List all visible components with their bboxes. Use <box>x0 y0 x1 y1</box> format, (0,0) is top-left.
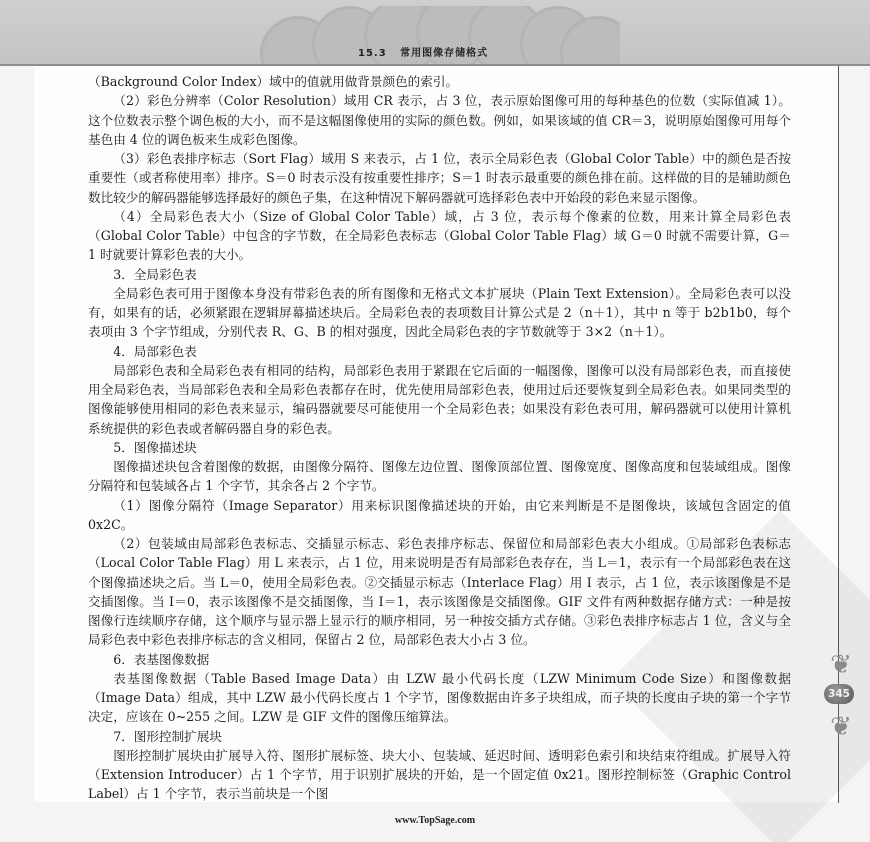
paragraph: （2）彩色分辨率（Color Resolution）域用 CR 表示，占 3 位… <box>88 91 791 149</box>
paragraph: （Background Color Index）域中的值就用做背景颜色的索引。 <box>88 72 791 91</box>
paragraph: （2）包装域由局部彩色表标志、交插显示标志、彩色表排序标志、保留位和局部彩色表大… <box>88 534 791 650</box>
dragon-ornament-icon: ❦ <box>818 650 864 680</box>
paragraph: 图像描述块包含着图像的数据，由图像分隔符、图像左边位置、图像顶部位置、图像宽度、… <box>88 457 791 496</box>
section-header: 15.3 常用图像存储格式 <box>358 44 488 59</box>
margin-rule-bottom <box>838 745 839 803</box>
subsection-heading: 5．图像描述块 <box>88 438 791 457</box>
section-title: 常用图像存储格式 <box>400 48 488 59</box>
margin-rule-top <box>838 66 839 651</box>
section-number: 15.3 <box>358 48 387 59</box>
paragraph: 局部彩色表和全局彩色表有相同的结构，局部彩色表用于紧跟在它后面的一幅图像，图像可… <box>88 361 791 438</box>
subsection-heading: 7．图形控制扩展块 <box>88 727 791 746</box>
dragon-ornament-icon: ❦ <box>818 712 864 742</box>
running-header: 15.3 常用图像存储格式 <box>0 0 870 66</box>
paragraph: （4）全局彩色表大小（Size of Global Color Table）域，… <box>88 207 791 265</box>
paragraph: 表基图像数据（Table Based Image Data）由 LZW 最小代码… <box>88 669 791 727</box>
paragraph: （3）彩色表排序标志（Sort Flag）域用 S 来表示，占 1 位，表示全局… <box>88 149 791 207</box>
footer-website: www.TopSage.com <box>0 815 870 826</box>
paragraph: （1）图像分隔符（Image Separator）用来标识图像描述块的开始，由它… <box>88 496 791 535</box>
subsection-heading: 3．全局彩色表 <box>88 265 791 284</box>
subsection-heading: 4．局部彩色表 <box>88 342 791 361</box>
paragraph: 图形控制扩展块由扩展导入符、图形扩展标签、块大小、包装域、延迟时间、透明彩色索引… <box>88 746 791 804</box>
page-number: 345 <box>824 684 854 704</box>
subsection-heading: 6．表基图像数据 <box>88 650 791 669</box>
body-text: （Background Color Index）域中的值就用做背景颜色的索引。 … <box>88 72 791 804</box>
paragraph: 全局彩色表可用于图像本身没有带彩色表的所有图像和无格式文本扩展块（Plain T… <box>88 284 791 342</box>
